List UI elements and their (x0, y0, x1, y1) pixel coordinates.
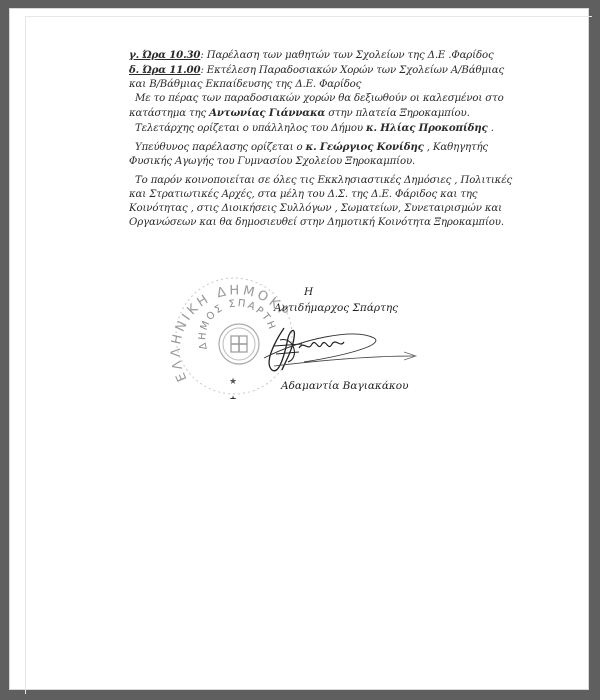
schedule-item-d: δ. Ώρα 11.00: Εκτέλεση Παραδοσιακών Χορώ… (129, 63, 504, 78)
text-line: και Στρατιωτικές Αρχές, στα μέλη του Δ.Σ… (129, 188, 504, 202)
master-of-ceremonies-name: κ. Ηλίας Προκοπίδης (366, 122, 488, 134)
text-span: Τελετάρχης ορίζεται ο υπάλληλος του Δήμο… (135, 123, 366, 134)
schedule-text: : Εκτέλεση Παραδοσιακών Χορών των Σχολεί… (200, 65, 504, 76)
venue-name: Αντωνίας Γιάννακα (209, 107, 325, 119)
text-line: Υπεύθυνος παρέλασης ορίζεται ο κ. Γεώργι… (129, 140, 504, 155)
time-label: γ. Ώρα 10.30 (129, 49, 200, 61)
text-line: Τελετάρχης ορίζεται ο υπάλληλος του Δήμο… (129, 121, 504, 136)
document-page: γ. Ώρα 10.30: Παρέλαση των μαθητών των Σ… (9, 8, 589, 690)
text-span: στην πλατεία Ξηροκαμπίου. (325, 108, 470, 119)
text-span: . (488, 123, 494, 134)
signatory-name: Αδαμαντία Βαγιακάκου (281, 380, 409, 392)
svg-text:★: ★ (229, 377, 237, 387)
svg-text:★: ★ (229, 395, 237, 399)
text-span: , Καθηγητής (424, 142, 488, 153)
schedule-item-c: γ. Ώρα 10.30: Παρέλαση των μαθητών των Σ… (129, 48, 504, 63)
text-line: Οργανώσεων και θα δημοσιευθεί στην Δημοτ… (129, 216, 504, 230)
text-line: κατάστημα της Αντωνίας Γιάννακα στην πλα… (129, 106, 504, 121)
signature-article: Η (304, 286, 313, 298)
time-label: δ. Ώρα 11.00 (129, 64, 200, 76)
schedule-text: : Παρέλαση των μαθητών των Σχολείων της … (200, 50, 493, 61)
parade-manager-name: κ. Γεώργιος Κονίδης (306, 141, 424, 153)
document-body: γ. Ώρα 10.30: Παρέλαση των μαθητών των Σ… (129, 48, 504, 230)
signatory-title: Αντιδήμαρχος Σπάρτης (274, 302, 398, 314)
text-line: Με το πέρας των παραδοσιακών χορών θα δε… (129, 92, 504, 106)
text-line: και Β/Βάθμιας Εκπαίδευσης της Δ.Ε. Φαρίδ… (129, 78, 504, 92)
text-span: κατάστημα της (129, 108, 209, 119)
text-span: Υπεύθυνος παρέλασης ορίζεται ο (135, 142, 306, 153)
signature-block: ΕΛΛΗΝΙΚΗ ΔΗΜΟΚΡΑΤΙΑ ΔΗΜΟΣ ΣΠΑΡΤΗΣ ★ ★ Η … (159, 266, 439, 406)
handwritten-signature-icon (244, 318, 424, 378)
text-line: Κοινότητας , στις Διοικήσεις Συλλόγων , … (129, 202, 504, 216)
text-line: Φυσικής Αγωγής του Γυμνασίου Σχολείου Ξη… (129, 155, 504, 169)
text-line: Το παρόν κοινοποιείται σε όλες τις Εκκλη… (129, 174, 504, 188)
